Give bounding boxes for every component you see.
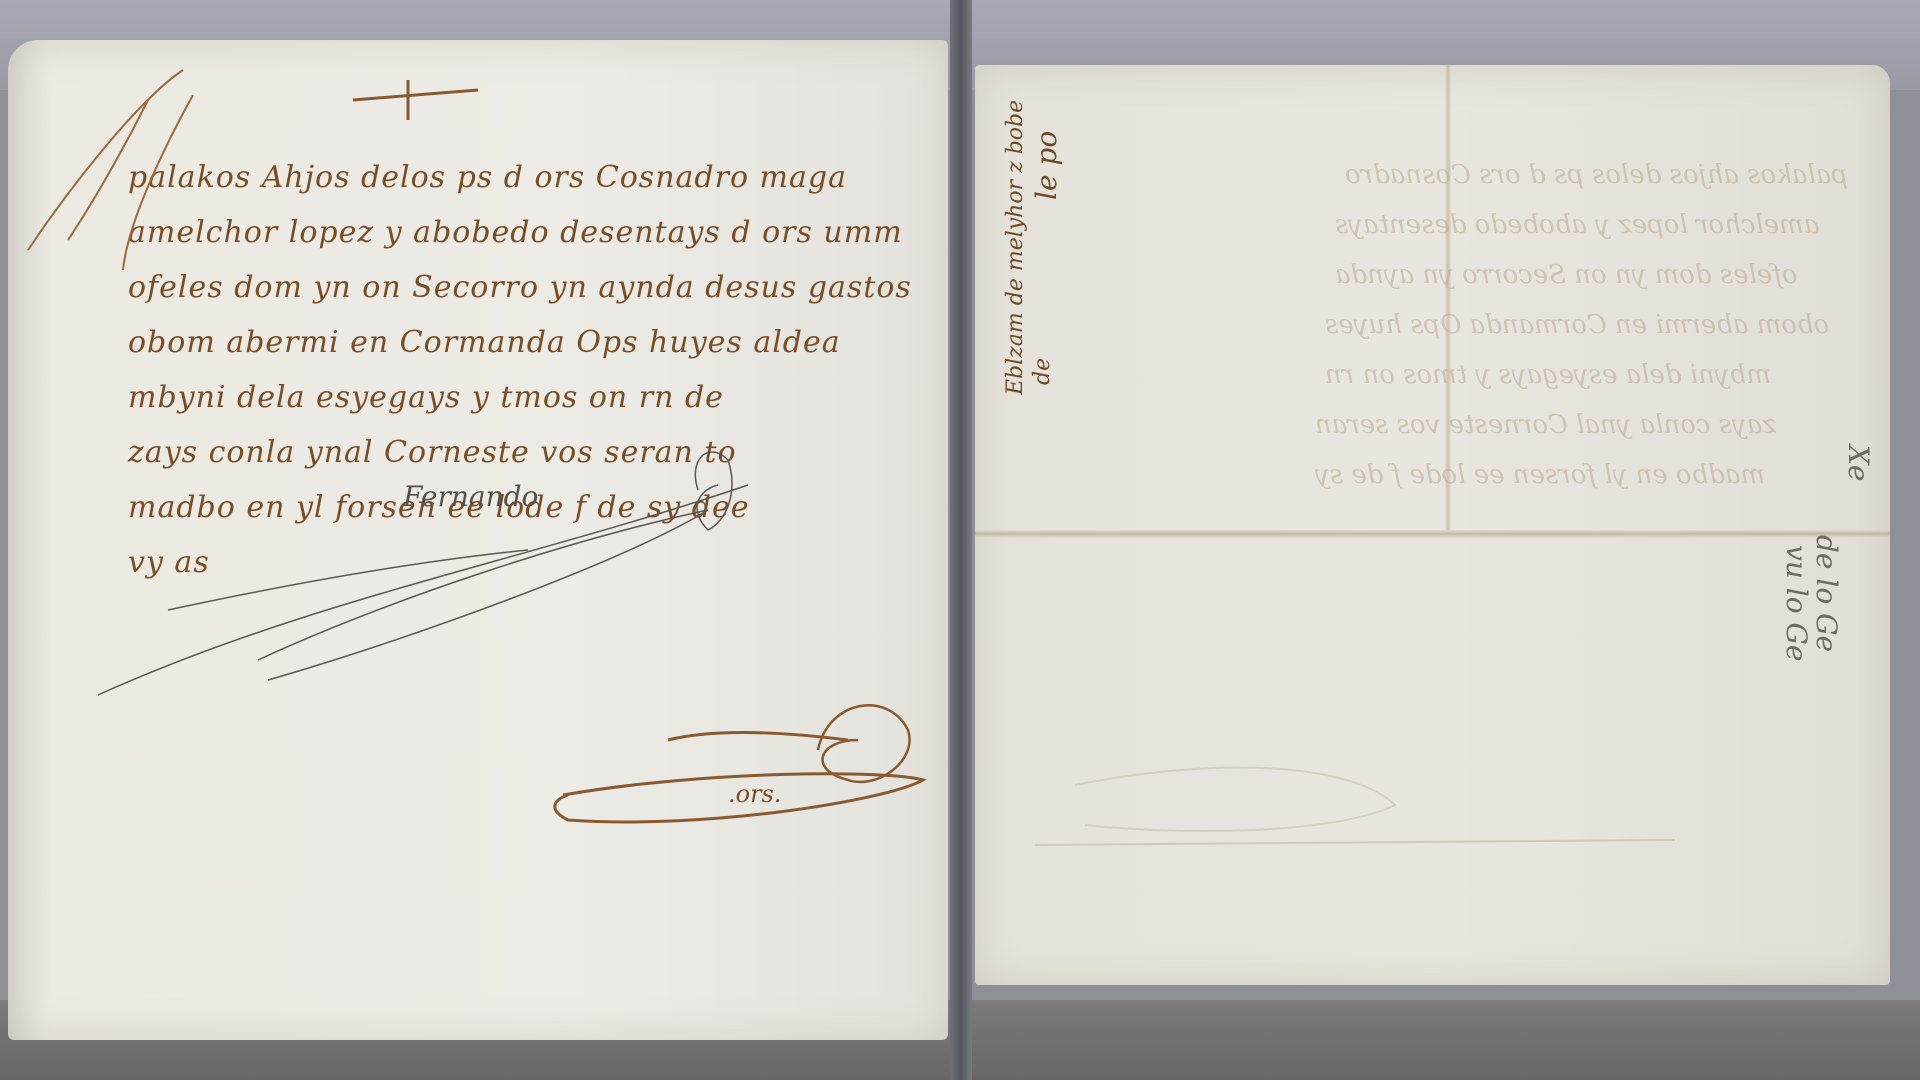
page-gap xyxy=(950,0,972,1080)
ghost-rubric-icon xyxy=(975,65,1890,985)
rubric-flourish-icon xyxy=(8,40,948,1040)
right-page: palakos ahjos delos ps d ors Cosnadro am… xyxy=(975,65,1890,985)
rubric-mark: .ors. xyxy=(728,780,782,808)
left-page: palakos Ahjos delos ps d ors Cosnadro ma… xyxy=(8,40,948,1040)
